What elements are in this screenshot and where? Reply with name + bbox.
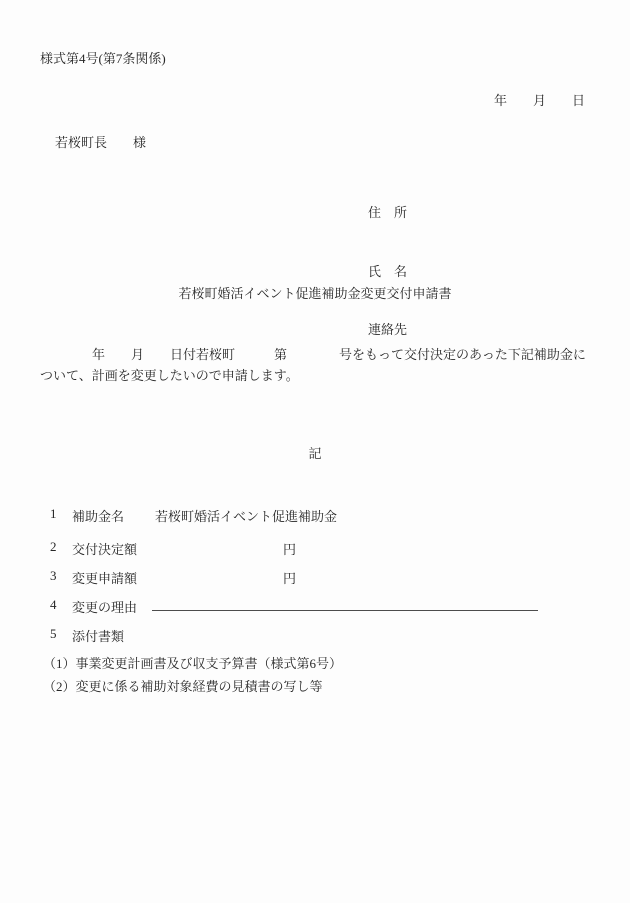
document-page: 様式第4号(第7条関係) 年 月 日 若桜町長 様 住 所 氏 名 連絡先 若桜… xyxy=(0,0,630,903)
item-label: 添付書類 xyxy=(72,626,124,645)
item-label: 変更の理由 xyxy=(72,597,137,616)
form-number: 様式第4号(第7条関係) xyxy=(40,48,166,67)
item-label: 変更申請額 xyxy=(72,568,137,587)
item-value: 若桜町婚活イベント促進補助金 xyxy=(155,506,337,525)
item-row-change-request-amount: 3 変更申請額 円 xyxy=(0,568,630,586)
body-paragraph: 年 月 日付若桜町 第 号をもって交付決定のあった下記補助金について、計画を変更… xyxy=(40,344,588,386)
item-number: 5 xyxy=(50,626,57,642)
item-label: 補助金名 xyxy=(72,506,124,525)
date-line: 年 月 日 xyxy=(494,90,585,109)
item-row-grant-decision-amount: 2 交付決定額 円 xyxy=(0,539,630,557)
blank-fill-line xyxy=(152,610,538,611)
name-label: 氏 名 xyxy=(368,262,407,282)
item-number: 4 xyxy=(50,597,57,613)
item-number: 2 xyxy=(50,539,57,555)
document-title: 若桜町婚活イベント促進補助金変更交付申請書 xyxy=(0,283,630,302)
record-marker: 記 xyxy=(0,443,630,462)
item-row-attached-documents: 5 添付書類 xyxy=(0,626,630,644)
address-label: 住 所 xyxy=(368,203,407,223)
item-row-reason-for-change: 4 変更の理由 xyxy=(0,597,630,615)
item-row-subsidy-name: 1 補助金名 若桜町婚活イベント促進補助金 xyxy=(0,506,630,524)
item-value: 円 xyxy=(283,539,296,558)
attachment-item-1: （1）事業変更計画書及び収支予算書（様式第6号） xyxy=(43,653,342,672)
contact-label: 連絡先 xyxy=(368,320,407,340)
addressee: 若桜町長 様 xyxy=(55,132,146,151)
item-number: 1 xyxy=(50,506,57,522)
item-number: 3 xyxy=(50,568,57,584)
item-label: 交付決定額 xyxy=(72,539,137,558)
item-value: 円 xyxy=(283,568,296,587)
attachment-item-2: （2）変更に係る補助対象経費の見積書の写し等 xyxy=(43,676,323,695)
